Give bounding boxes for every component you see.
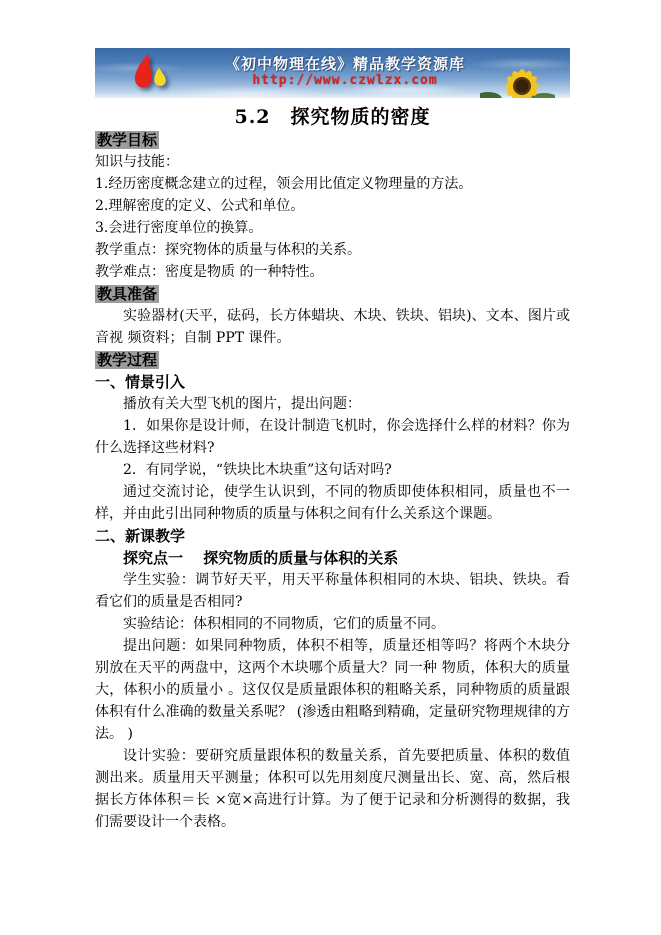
paragraph: 1.经历密度概念建立的过程，领会用比值定义物理量的方法。: [95, 173, 570, 195]
paragraph: 实验器材(天平，砝码，长方体蜡块、木块、铁块、铝块)、文本、图片或音视 频资料；…: [95, 305, 570, 349]
inquiry-point-heading: 探究点一 探究物质的质量与体积的关系: [95, 547, 570, 569]
paragraph: 实验结论：体积相同的不同物质，它们的质量不同。: [95, 613, 570, 635]
logo-flame-icon: [125, 53, 177, 95]
paragraph: 教学难点：密度是物质 的一种特性。: [95, 261, 570, 283]
highlighted-heading-text: 教学过程: [95, 351, 159, 369]
paragraph: 1．如果你是设计师，在设计制造飞机时，你会选择什么样的材料？你为什么选择这些材料…: [95, 415, 570, 459]
paragraph: 播放有关大型飞机的图片，提出问题：: [95, 393, 570, 415]
highlighted-heading-text: 教学目标: [95, 131, 159, 149]
sunflower-icon: [480, 56, 555, 98]
highlighted-heading-text: 教具准备: [95, 285, 159, 303]
section-heading-teaching-process: 教学过程: [95, 349, 570, 371]
banner-site-url: http://www.czwlzx.com: [195, 73, 495, 88]
subsection-heading: 一、情景引入: [95, 371, 570, 393]
paragraph: 3.会进行密度单位的换算。: [95, 217, 570, 239]
site-banner: 《初中物理在线》精品教学资源库 http://www.czwlzx.com: [95, 48, 570, 98]
section-heading-teaching-aids: 教具准备: [95, 283, 570, 305]
paragraph: 2.理解密度的定义、公式和单位。: [95, 195, 570, 217]
paragraph: 通过交流讨论，使学生认识到，不同的物质即使体积相同，质量也不一样，并由此引出同种…: [95, 481, 570, 525]
paragraph: 知识与技能：: [95, 151, 570, 173]
banner-site-title: 《初中物理在线》精品教学资源库: [195, 53, 495, 74]
paragraph: 学生实验：调节好天平，用天平称量体积相同的木块、铝块、铁块。看看它们的质量是否相…: [95, 569, 570, 613]
document-title: 5.2 探究物质的密度: [95, 102, 570, 129]
paragraph: 提出问题：如果同种物质，体积不相等，质量还相等吗？将两个木块分别放在天平的两盘中…: [95, 635, 570, 745]
paragraph: 设计实验：要研究质量跟体积的数量关系，首先要把质量、体积的数值测出来。质量用天平…: [95, 745, 570, 833]
section-heading-teaching-goals: 教学目标: [95, 129, 570, 151]
paragraph: 教学重点：探究物体的质量与体积的关系。: [95, 239, 570, 261]
subsection-heading: 二、新课教学: [95, 525, 570, 547]
paragraph: 2．有同学说，“铁块比木块重”这句话对吗?: [95, 459, 570, 481]
document-body: 教学目标 知识与技能： 1.经历密度概念建立的过程，领会用比值定义物理量的方法。…: [95, 129, 570, 833]
